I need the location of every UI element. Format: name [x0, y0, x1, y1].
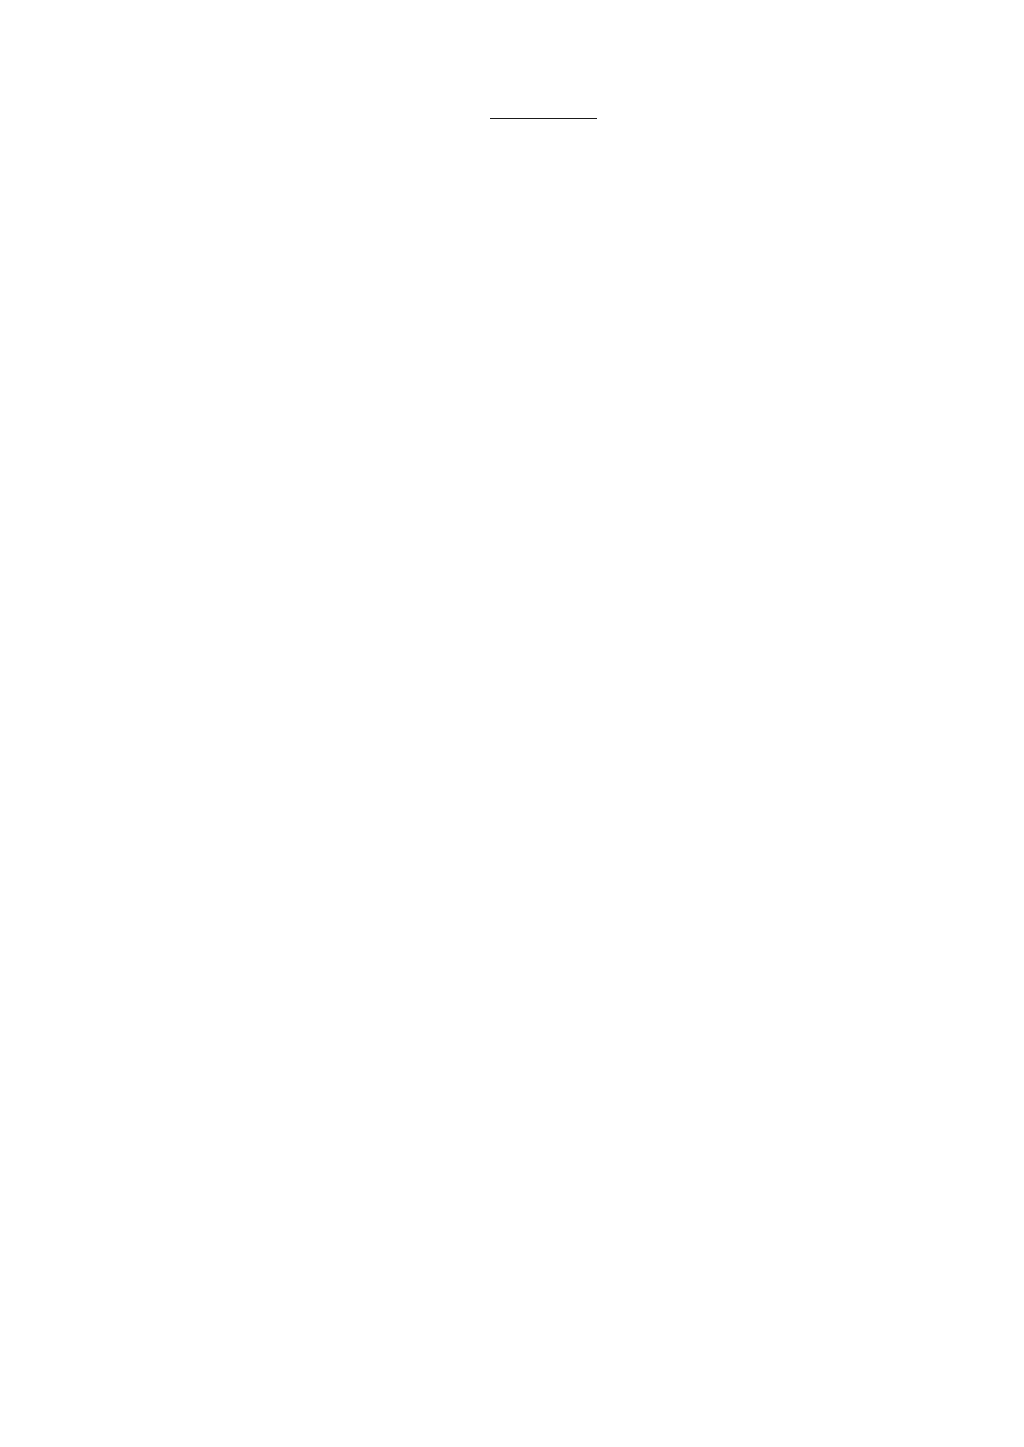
act-number-underline: [490, 118, 597, 119]
